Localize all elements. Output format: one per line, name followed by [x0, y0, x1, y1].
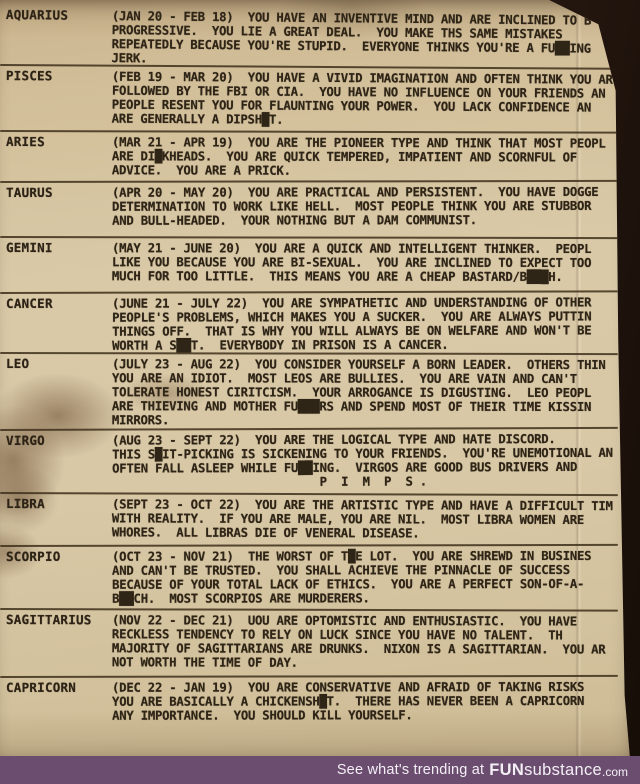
typed-line: (JUNE 21 - JULY 22) YOU ARE SYMPATHETIC …: [112, 295, 640, 310]
document-paper: AQUARIUS (JAN 20 - FEB 18) YOU HAVE AN I…: [0, 0, 640, 756]
sign-description: (AUG 23 - SEPT 22) YOU ARE THE LOGICAL T…: [112, 432, 640, 490]
section-divider-line: [0, 544, 618, 547]
typed-line: MIRRORS.: [112, 413, 640, 428]
typed-line: THINGS OFF. THAT IS WHY YOU WILL ALWAYS …: [112, 323, 640, 338]
typed-line: (NOV 22 - DEC 21) UOU ARE OPTOMISTIC AND…: [112, 613, 640, 628]
sign-description: (NOV 22 - DEC 21) UOU ARE OPTOMISTIC AND…: [112, 613, 640, 670]
sign-description: (JULY 23 - AUG 22) YOU CONSIDER YOURSELF…: [112, 357, 640, 428]
zodiac-section: LEO (JULY 23 - AUG 22) YOU CONSIDER YOUR…: [0, 352, 640, 428]
typed-line: NOT WORTH THE TIME OF DAY.: [112, 655, 640, 670]
funsubstance-logo-rest: substance: [524, 761, 602, 780]
typed-line: MAJORITY OF SAGITTARIANS ARE DRUNKS. NIX…: [112, 641, 640, 656]
sign-description: (DEC 22 - JAN 19) YOU ARE CONSERVATIVE A…: [112, 680, 640, 723]
typed-line: B██CH. MOST SCORPIOS ARE MURDERERS.: [112, 591, 640, 606]
typed-line: ARE DI█KHEADS. YOU ARE QUICK TEMPERED, I…: [112, 149, 640, 164]
typed-line: ARE THIEVING AND MOTHER FU███RS AND SPEN…: [112, 399, 640, 414]
typed-line: ADVICE. YOU ARE A PRICK.: [112, 163, 640, 178]
typed-line: (MAY 21 - JUNE 20) YOU ARE A QUICK AND I…: [112, 241, 640, 256]
sign-description: (APR 20 - MAY 20) YOU ARE PRACTICAL AND …: [112, 185, 640, 228]
zodiac-section: ARIES (MAR 21 - APR 19) YOU ARE THE PION…: [0, 130, 640, 179]
section-divider-line: [0, 290, 618, 294]
sign-description: (MAY 21 - JUNE 20) YOU ARE A QUICK AND I…: [112, 241, 640, 284]
typed-line: LIKE YOU BECAUSE YOU ARE BI-SEXUAL. YOU …: [112, 255, 640, 270]
typed-line: P I M P S .: [112, 474, 640, 490]
section-divider-line: [0, 236, 618, 239]
section-divider-line: [0, 352, 618, 355]
zodiac-section: VIRGO (AUG 23 - SEPT 22) YOU ARE THE LOG…: [0, 427, 640, 490]
sign-description: (OCT 23 - NOV 21) THE WORST OF T█E LOT. …: [112, 549, 640, 606]
sign-description: (SEPT 23 - OCT 22) YOU ARE THE ARTISTIC …: [112, 497, 640, 541]
sign-name: GEMINI: [0, 241, 112, 255]
funsubstance-banner[interactable]: See what's trending at FUN substance .co…: [0, 756, 640, 784]
zodiac-section: CAPRICORN (DEC 22 - JAN 19) YOU ARE CONS…: [0, 675, 640, 723]
zodiac-section: GEMINI (MAY 21 - JUNE 20) YOU ARE A QUIC…: [0, 236, 640, 284]
typed-line: OFTEN FALL ASLEEP WHILE FU██ING. VIRGOS …: [112, 460, 640, 476]
typed-line: RECKLESS TENDENCY TO RELY ON LUCK SINCE …: [112, 627, 640, 642]
typed-line: (JULY 23 - AUG 22) YOU CONSIDER YOURSELF…: [112, 357, 640, 372]
funsubstance-logo-tld: .com: [602, 765, 628, 779]
typed-line: WHORES. ALL LIBRAS DIE OF VENERAL DISEAS…: [112, 525, 640, 541]
typed-line: (APR 20 - MAY 20) YOU ARE PRACTICAL AND …: [112, 185, 640, 200]
section-divider-line: [0, 675, 618, 678]
sign-description: (FEB 19 - MAR 20) YOU HAVE A VIVID IMAGI…: [112, 70, 640, 129]
typed-line: DETERMINATION TO WORK LIKE HELL. MOST PE…: [112, 199, 640, 214]
sign-name: CAPRICORN: [0, 681, 112, 695]
zodiac-section: SCORPIO (OCT 23 - NOV 21) THE WORST OF T…: [0, 544, 640, 606]
section-divider-line: [0, 492, 618, 496]
typed-line: TOLERATE HONEST CIRITCISM. YOUR ARROGANC…: [112, 385, 640, 400]
funsubstance-logo-bold: FUN: [489, 761, 524, 780]
typed-line: AND CAN'T BE TRUSTED. YOU SHALL ACHIEVE …: [112, 563, 640, 578]
typed-line: (MAR 21 - APR 19) YOU ARE THE PIONEER TY…: [112, 135, 640, 150]
sign-description: (JUNE 21 - JULY 22) YOU ARE SYMPATHETIC …: [112, 295, 640, 352]
sign-name: PISCES: [0, 69, 112, 84]
typed-line: MUCH FOR TOO LITTLE. THIS MEANS YOU ARE …: [112, 269, 640, 284]
section-divider-line: [0, 608, 618, 612]
sign-name: SCORPIO: [0, 550, 112, 564]
zodiac-sections-list: AQUARIUS (JAN 20 - FEB 18) YOU HAVE AN I…: [0, 0, 640, 756]
typed-line: BECAUSE OF YOUR TOTAL LACK OF ETHICS. YO…: [112, 577, 640, 592]
typed-line: YOU ARE BASICALLY A CHICKENSH█T. THERE H…: [112, 694, 640, 709]
sign-name: CANCER: [0, 297, 112, 311]
sign-description: (JAN 20 - FEB 18) YOU HAVE AN INVENTIVE …: [111, 9, 640, 70]
banner-tagline: See what's trending at: [337, 762, 484, 778]
section-divider-line: [0, 130, 618, 134]
sign-name: LIBRA: [0, 497, 112, 511]
typed-line: AND BULL-HEADED. YOUR NOTHING BUT A DAM …: [112, 213, 640, 228]
sign-name: AQUARIUS: [0, 8, 112, 23]
sign-name: SAGITTARIUS: [0, 613, 112, 627]
zodiac-section: TAURUS (APR 20 - MAY 20) YOU ARE PRACTIC…: [0, 180, 640, 228]
sign-name: ARIES: [0, 135, 112, 149]
photo-background: AQUARIUS (JAN 20 - FEB 18) YOU HAVE AN I…: [0, 0, 640, 756]
section-divider-line: [0, 180, 618, 183]
zodiac-section: PISCES (FEB 19 - MAR 20) YOU HAVE A VIVI…: [0, 64, 640, 129]
zodiac-section: AQUARIUS (JAN 20 - FEB 18) YOU HAVE AN I…: [0, 3, 640, 70]
typed-line: (DEC 22 - JAN 19) YOU ARE CONSERVATIVE A…: [112, 680, 640, 695]
sign-name: VIRGO: [0, 434, 112, 448]
zodiac-section: SAGITTARIUS (NOV 22 - DEC 21) UOU ARE OP…: [0, 608, 640, 671]
sign-name: LEO: [0, 357, 112, 371]
zodiac-section: CANCER (JUNE 21 - JULY 22) YOU ARE SYMPA…: [0, 290, 640, 353]
typed-line: (OCT 23 - NOV 21) THE WORST OF T█E LOT. …: [112, 549, 640, 564]
zodiac-section: LIBRA (SEPT 23 - OCT 22) YOU ARE THE ART…: [0, 492, 640, 541]
typed-line: WORTH A S██T. EVERYBODY IN PRISON IS A C…: [112, 337, 640, 352]
sign-name: TAURUS: [0, 186, 112, 200]
typed-line: YOU ARE AN IDIOT. MOST LEOS ARE BULLIES.…: [112, 371, 640, 386]
typed-line: PEOPLE'S PROBLEMS, WHICH MAKES YOU A SUC…: [112, 309, 640, 324]
typed-line: ANY IMPORTANCE. YOU SHOULD KILL YOURSELF…: [112, 708, 640, 723]
section-divider-line: [0, 427, 618, 431]
sign-description: (MAR 21 - APR 19) YOU ARE THE PIONEER TY…: [112, 135, 640, 178]
